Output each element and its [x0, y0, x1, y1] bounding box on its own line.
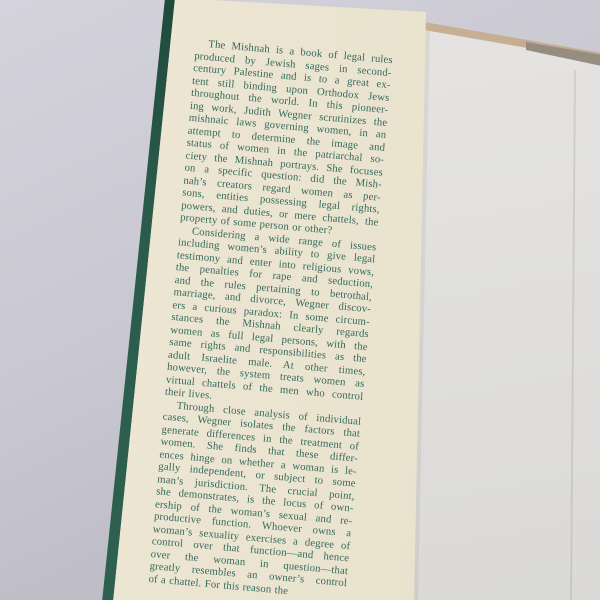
flap-paragraph: The Mishnah is a book of legal rulesprod… [180, 37, 394, 241]
flap-paragraph: Considering a wide range of issuesinclud… [164, 224, 376, 416]
flap-paragraph: Through close analysis of individualcase… [148, 398, 362, 600]
